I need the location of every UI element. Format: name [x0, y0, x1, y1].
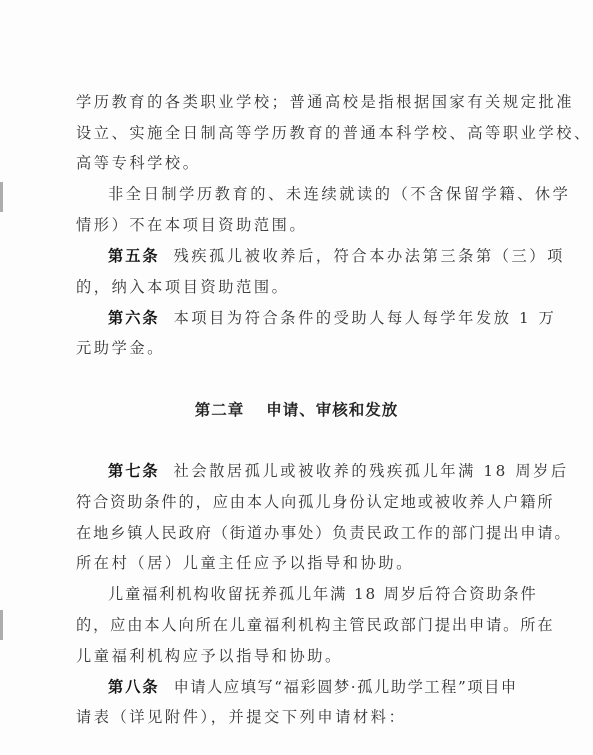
paragraph-line: 学历教育的各类职业学校；普通高校是指根据国家有关规定批准 — [76, 92, 526, 112]
chapter-heading: 第二章申请、审核和发放 — [0, 398, 593, 420]
paragraph-line: 情形）不在本项目资助范围。 — [76, 215, 526, 235]
paragraph-line: 儿童福利机构应予以指导和协助。 — [76, 646, 526, 666]
chapter-number: 第二章 — [195, 401, 245, 419]
article-text: 本项目为符合条件的受助人每人每学年发放 1 万 — [174, 309, 557, 327]
article-label: 第七条 — [108, 462, 160, 480]
paragraph-line: 请表（详见附件），并提交下列申请材料： — [76, 707, 526, 727]
paragraph-line: 元助学金。 — [76, 338, 526, 358]
paragraph-line: 设立、实施全日制高等学历教育的普通本科学校、高等职业学校、 — [76, 123, 526, 143]
article-7: 第七条社会散居孤儿或被收养的残疾孤儿年满 18 周岁后 — [108, 461, 526, 481]
article-label: 第八条 — [108, 678, 160, 696]
paragraph-line: 所在村（居）儿童主任应予以指导和协助。 — [76, 553, 526, 573]
article-label: 第五条 — [108, 247, 160, 265]
chapter-title: 申请、审核和发放 — [266, 401, 398, 419]
article-label: 第六条 — [108, 309, 160, 327]
article-5: 第五条残疾孤儿被收养后，符合本办法第三条第（三）项 — [108, 246, 526, 266]
paragraph-line: 的，纳入本项目资助范围。 — [76, 277, 526, 297]
article-6: 第六条本项目为符合条件的受助人每人每学年发放 1 万 — [108, 308, 526, 328]
article-text: 社会散居孤儿或被收养的残疾孤儿年满 18 周岁后 — [174, 462, 569, 480]
binding-edge-mark — [0, 182, 3, 212]
binding-edge-mark — [0, 610, 3, 640]
paragraph-line: 非全日制学历教育的、未连续就读的（不含保留学籍、休学 — [108, 184, 526, 204]
paragraph-line: 的，应由本人向所在儿童福利机构主管民政部门提出申请。所在 — [76, 615, 526, 635]
article-text: 残疾孤儿被收养后，符合本办法第三条第（三）项 — [174, 247, 565, 265]
paragraph-line: 符合资助条件的，应由本人向孤儿身份认定地或被收养人户籍所 — [76, 492, 526, 512]
paragraph-line: 高等专科学校。 — [76, 153, 526, 173]
article-text: 申请人应填写“福彩圆梦·孤儿助学工程”项目申 — [174, 678, 518, 696]
paragraph-line: 儿童福利机构收留抚养孤儿年满 18 周岁后符合资助条件 — [108, 584, 526, 604]
paragraph-line: 在地乡镇人民政府（街道办事处）负责民政工作的部门提出申请。 — [76, 523, 526, 543]
article-8: 第八条申请人应填写“福彩圆梦·孤儿助学工程”项目申 — [108, 677, 526, 697]
document-page: 学历教育的各类职业学校；普通高校是指根据国家有关规定批准 设立、实施全日制高等学… — [0, 0, 593, 755]
